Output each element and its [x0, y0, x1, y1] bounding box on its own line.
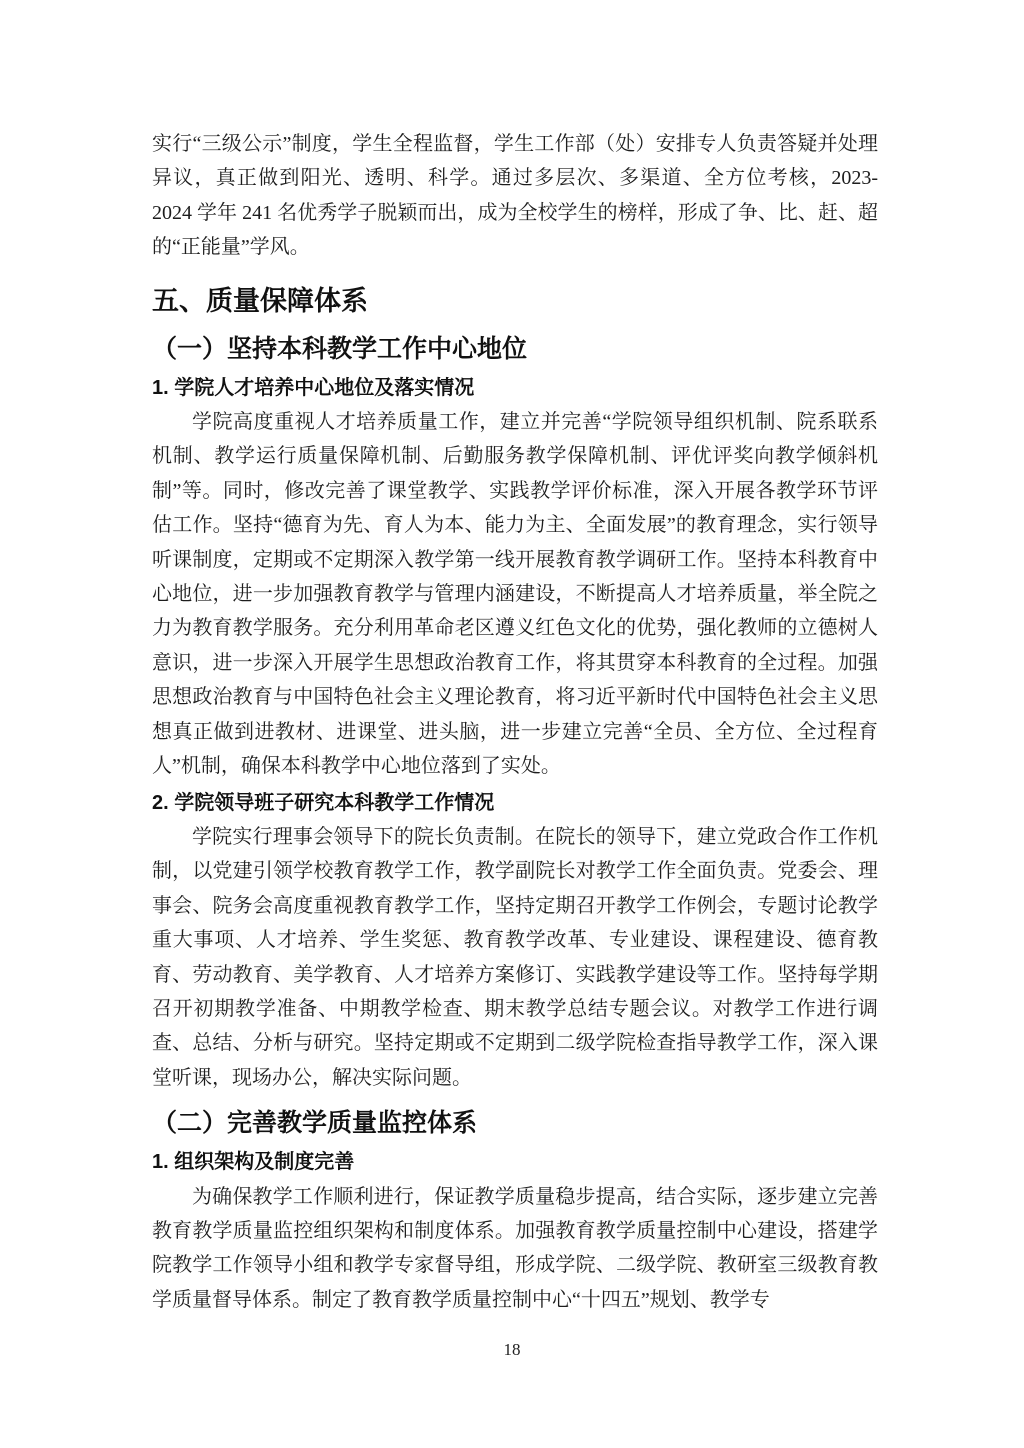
- subsection-heading-undergraduate-teaching-centrality: （一）坚持本科教学工作中心地位: [152, 329, 878, 369]
- paragraph-talent-cultivation: 学院高度重视人才培养质量工作，建立并完善“学院领导组织机制、院系联系机制、教学运…: [152, 405, 878, 783]
- item-heading-leadership-research-teaching: 2. 学院领导班子研究本科教学工作情况: [152, 786, 878, 820]
- paragraph-organization-structure: 为确保教学工作顺利进行，保证教学质量稳步提高，结合实际，逐步建立完善教育教学质量…: [152, 1180, 878, 1318]
- item-heading-talent-cultivation-status: 1. 学院人才培养中心地位及落实情况: [152, 371, 878, 405]
- page-footer: 18: [0, 1340, 1024, 1360]
- page-content: 实行“三级公示”制度，学生全程监督，学生工作部（处）安排专人负责答疑并处理异议，…: [152, 127, 878, 1317]
- paragraph-leadership-research: 学院实行理事会领导下的院长负责制。在院长的领导下，建立党政合作工作机制，以党建引…: [152, 820, 878, 1095]
- subsection-heading-quality-monitoring-system: （二）完善教学质量监控体系: [152, 1103, 878, 1143]
- document-page: 实行“三级公示”制度，学生全程监督，学生工作部（处）安排专人负责答疑并处理异议，…: [0, 0, 1024, 1448]
- paragraph-continued-from-previous-page: 实行“三级公示”制度，学生全程监督，学生工作部（处）安排专人负责答疑并处理异议，…: [152, 127, 878, 265]
- page-number: 18: [504, 1340, 521, 1359]
- item-heading-organization-structure: 1. 组织架构及制度完善: [152, 1145, 878, 1179]
- section-heading-quality-assurance: 五、质量保障体系: [152, 281, 878, 321]
